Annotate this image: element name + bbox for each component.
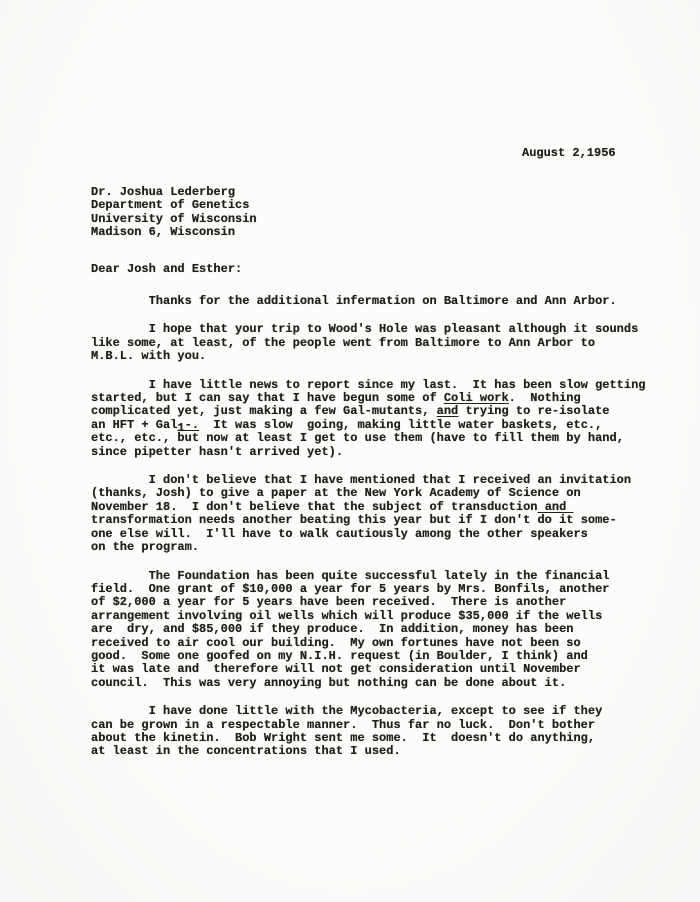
letter-line: like some, at least, of the people went … <box>91 337 676 350</box>
letter-text-segment: I don't believe that I have mentioned th… <box>91 473 631 487</box>
letter-line: arrangement involving oil wells which wi… <box>91 610 676 623</box>
letter-text-segment: good. Some one goofed on my N.I.H. reque… <box>91 649 588 663</box>
recipient-block: Dr. Joshua LederbergDepartment of Geneti… <box>91 186 257 240</box>
letter-text-segment: November 18. I don't believe that the su… <box>91 500 545 514</box>
salutation: Dear Josh and Esther: <box>91 263 242 276</box>
letter-line: M.B.L. with you. <box>91 350 676 363</box>
letter-line: field. One grant of $10,000 a year for 5… <box>91 583 676 596</box>
recipient-line: Madison 6, Wisconsin <box>91 226 257 239</box>
paragraph: I have done little with the Mycobacteria… <box>91 705 676 759</box>
letter-body: Thanks for the additional infermation on… <box>91 295 676 759</box>
recipient-line: Dr. Joshua Lederberg <box>91 186 257 199</box>
paragraph: I hope that your trip to Wood's Hole was… <box>91 323 676 363</box>
letter-text-segment: on the program. <box>91 540 199 554</box>
letter-line: I have done little with the Mycobacteria… <box>91 705 676 718</box>
letter-text-segment: some- <box>574 513 617 527</box>
letter-text-segment: it was late and therefore will not get c… <box>91 662 581 676</box>
letter-text-segment: University of Wisconsin <box>91 212 257 226</box>
letter-text-segment: I have done little with the Mycobacteria… <box>91 704 602 718</box>
letter-text-segment: now at least I get to use them (have to … <box>199 431 624 445</box>
letter-line: Thanks for the additional infermation on… <box>91 295 676 308</box>
letter-line: on the program. <box>91 541 676 554</box>
letter-text-segment: about the kinetin. Bob Wright sent me so… <box>91 731 595 745</box>
letter-text-segment: Madison 6, Wisconsin <box>91 225 235 239</box>
letter-line: I have little news to report since my la… <box>91 379 676 392</box>
letter-text-segment: Thanks for the additional infermation on… <box>91 294 617 308</box>
letter-text-segment: are dry, and $85,000 if they produce. In… <box>91 622 573 636</box>
letter-line: can be grown in a respectable manner. Th… <box>91 719 676 732</box>
letter-text-segment: and <box>437 404 459 418</box>
letter-line: I hope that your trip to Wood's Hole was… <box>91 323 676 336</box>
letter-text-segment: at least in the concentrations that I us… <box>91 744 401 758</box>
recipient-line: Department of Genetics <box>91 199 257 212</box>
letter-text-segment: I hope that your trip to Wood's Hole was… <box>91 322 638 336</box>
letter-line: I don't believe that I have mentioned th… <box>91 474 676 487</box>
paragraph: Thanks for the additional infermation on… <box>91 295 676 308</box>
letter-line: The Foundation has been quite successful… <box>91 570 676 583</box>
letter-text-segment: etc., etc., <box>91 431 177 445</box>
letter-text-segment: like some, at least, of the people went … <box>91 336 595 350</box>
letter-text-segment: since pipetter hasn't arrived yet). <box>91 445 343 459</box>
letter-text-segment: 1 <box>177 421 184 435</box>
letter-text-segment: to re-isolate <box>509 404 610 418</box>
letter-line: good. Some one goofed on my N.I.H. reque… <box>91 650 676 663</box>
letter-line: it was late and therefore will not get c… <box>91 663 676 676</box>
letter-text-segment: trying <box>465 404 508 418</box>
letter-text-segment: council. This was very annoying but noth… <box>91 676 566 690</box>
letter-text-segment: Dr. Joshua Lederberg <box>91 185 235 199</box>
letter-text-segment: I have little news to report since my la… <box>91 378 646 392</box>
letter-text-segment: and <box>545 500 567 514</box>
letter-text-segment: Coli <box>444 391 473 405</box>
letter-text-segment: field. One grant of $10,000 a year for 5… <box>91 582 609 596</box>
letter-text-segment: of $2,000 a year for 5 years have been r… <box>91 595 566 609</box>
letter-line: transformation needs another beating thi… <box>91 514 676 527</box>
letter-line: complicated yet, just making a few Gal-m… <box>91 405 676 418</box>
letter-text-segment: complicated yet, just making a few Gal-m… <box>91 404 437 418</box>
letter-line: are dry, and $85,000 if they produce. In… <box>91 623 676 636</box>
letter-line: received to air cool our building. My ow… <box>91 637 676 650</box>
letter-text-segment: received to air cool our building. My ow… <box>91 636 581 650</box>
letter-line: one else will. I'll have to walk cautiou… <box>91 528 676 541</box>
letter-line: since pipetter hasn't arrived yet). <box>91 446 676 459</box>
letter-text-segment: arrangement involving oil wells which wi… <box>91 609 602 623</box>
letter-text-segment: one else will. I'll have to walk cautiou… <box>91 527 588 541</box>
letter-text-segment: do it <box>537 513 573 527</box>
letter-text-segment: (thanks, Josh) to give a paper at the Ne… <box>91 486 581 500</box>
letter-text-segment: The Foundation has been quite successful… <box>91 569 609 583</box>
letter-text-segment: M.B.L. with you. <box>91 349 206 363</box>
letter-text-segment: work. Nothing <box>473 391 581 405</box>
letter-page: August 2,1956 Dr. Joshua LederbergDepart… <box>0 0 700 902</box>
letter-line: of $2,000 a year for 5 years have been r… <box>91 596 676 609</box>
paragraph: I don't believe that I have mentioned th… <box>91 474 676 554</box>
letter-text-segment: Department of Genetics <box>91 198 249 212</box>
letter-text-segment: can be grown in a respectable manner. Th… <box>91 718 595 732</box>
letter-text-segment: an HFT + Gal <box>91 418 177 432</box>
recipient-line: University of Wisconsin <box>91 213 257 226</box>
letter-line: council. This was very annoying but noth… <box>91 677 676 690</box>
paragraph: The Foundation has been quite successful… <box>91 570 676 691</box>
letter-date: August 2,1956 <box>522 147 616 160</box>
letter-line: about the kinetin. Bob Wright sent me so… <box>91 732 676 745</box>
letter-text-segment: -. It was slow going, making little wate… <box>185 418 603 432</box>
letter-text-segment: transformation needs another beating thi… <box>91 513 537 527</box>
paragraph: I have little news to report since my la… <box>91 379 676 459</box>
letter-text-segment: started, but I can say that I have begun… <box>91 391 444 405</box>
letter-line: (thanks, Josh) to give a paper at the Ne… <box>91 487 676 500</box>
letter-line: at least in the concentrations that I us… <box>91 745 676 758</box>
